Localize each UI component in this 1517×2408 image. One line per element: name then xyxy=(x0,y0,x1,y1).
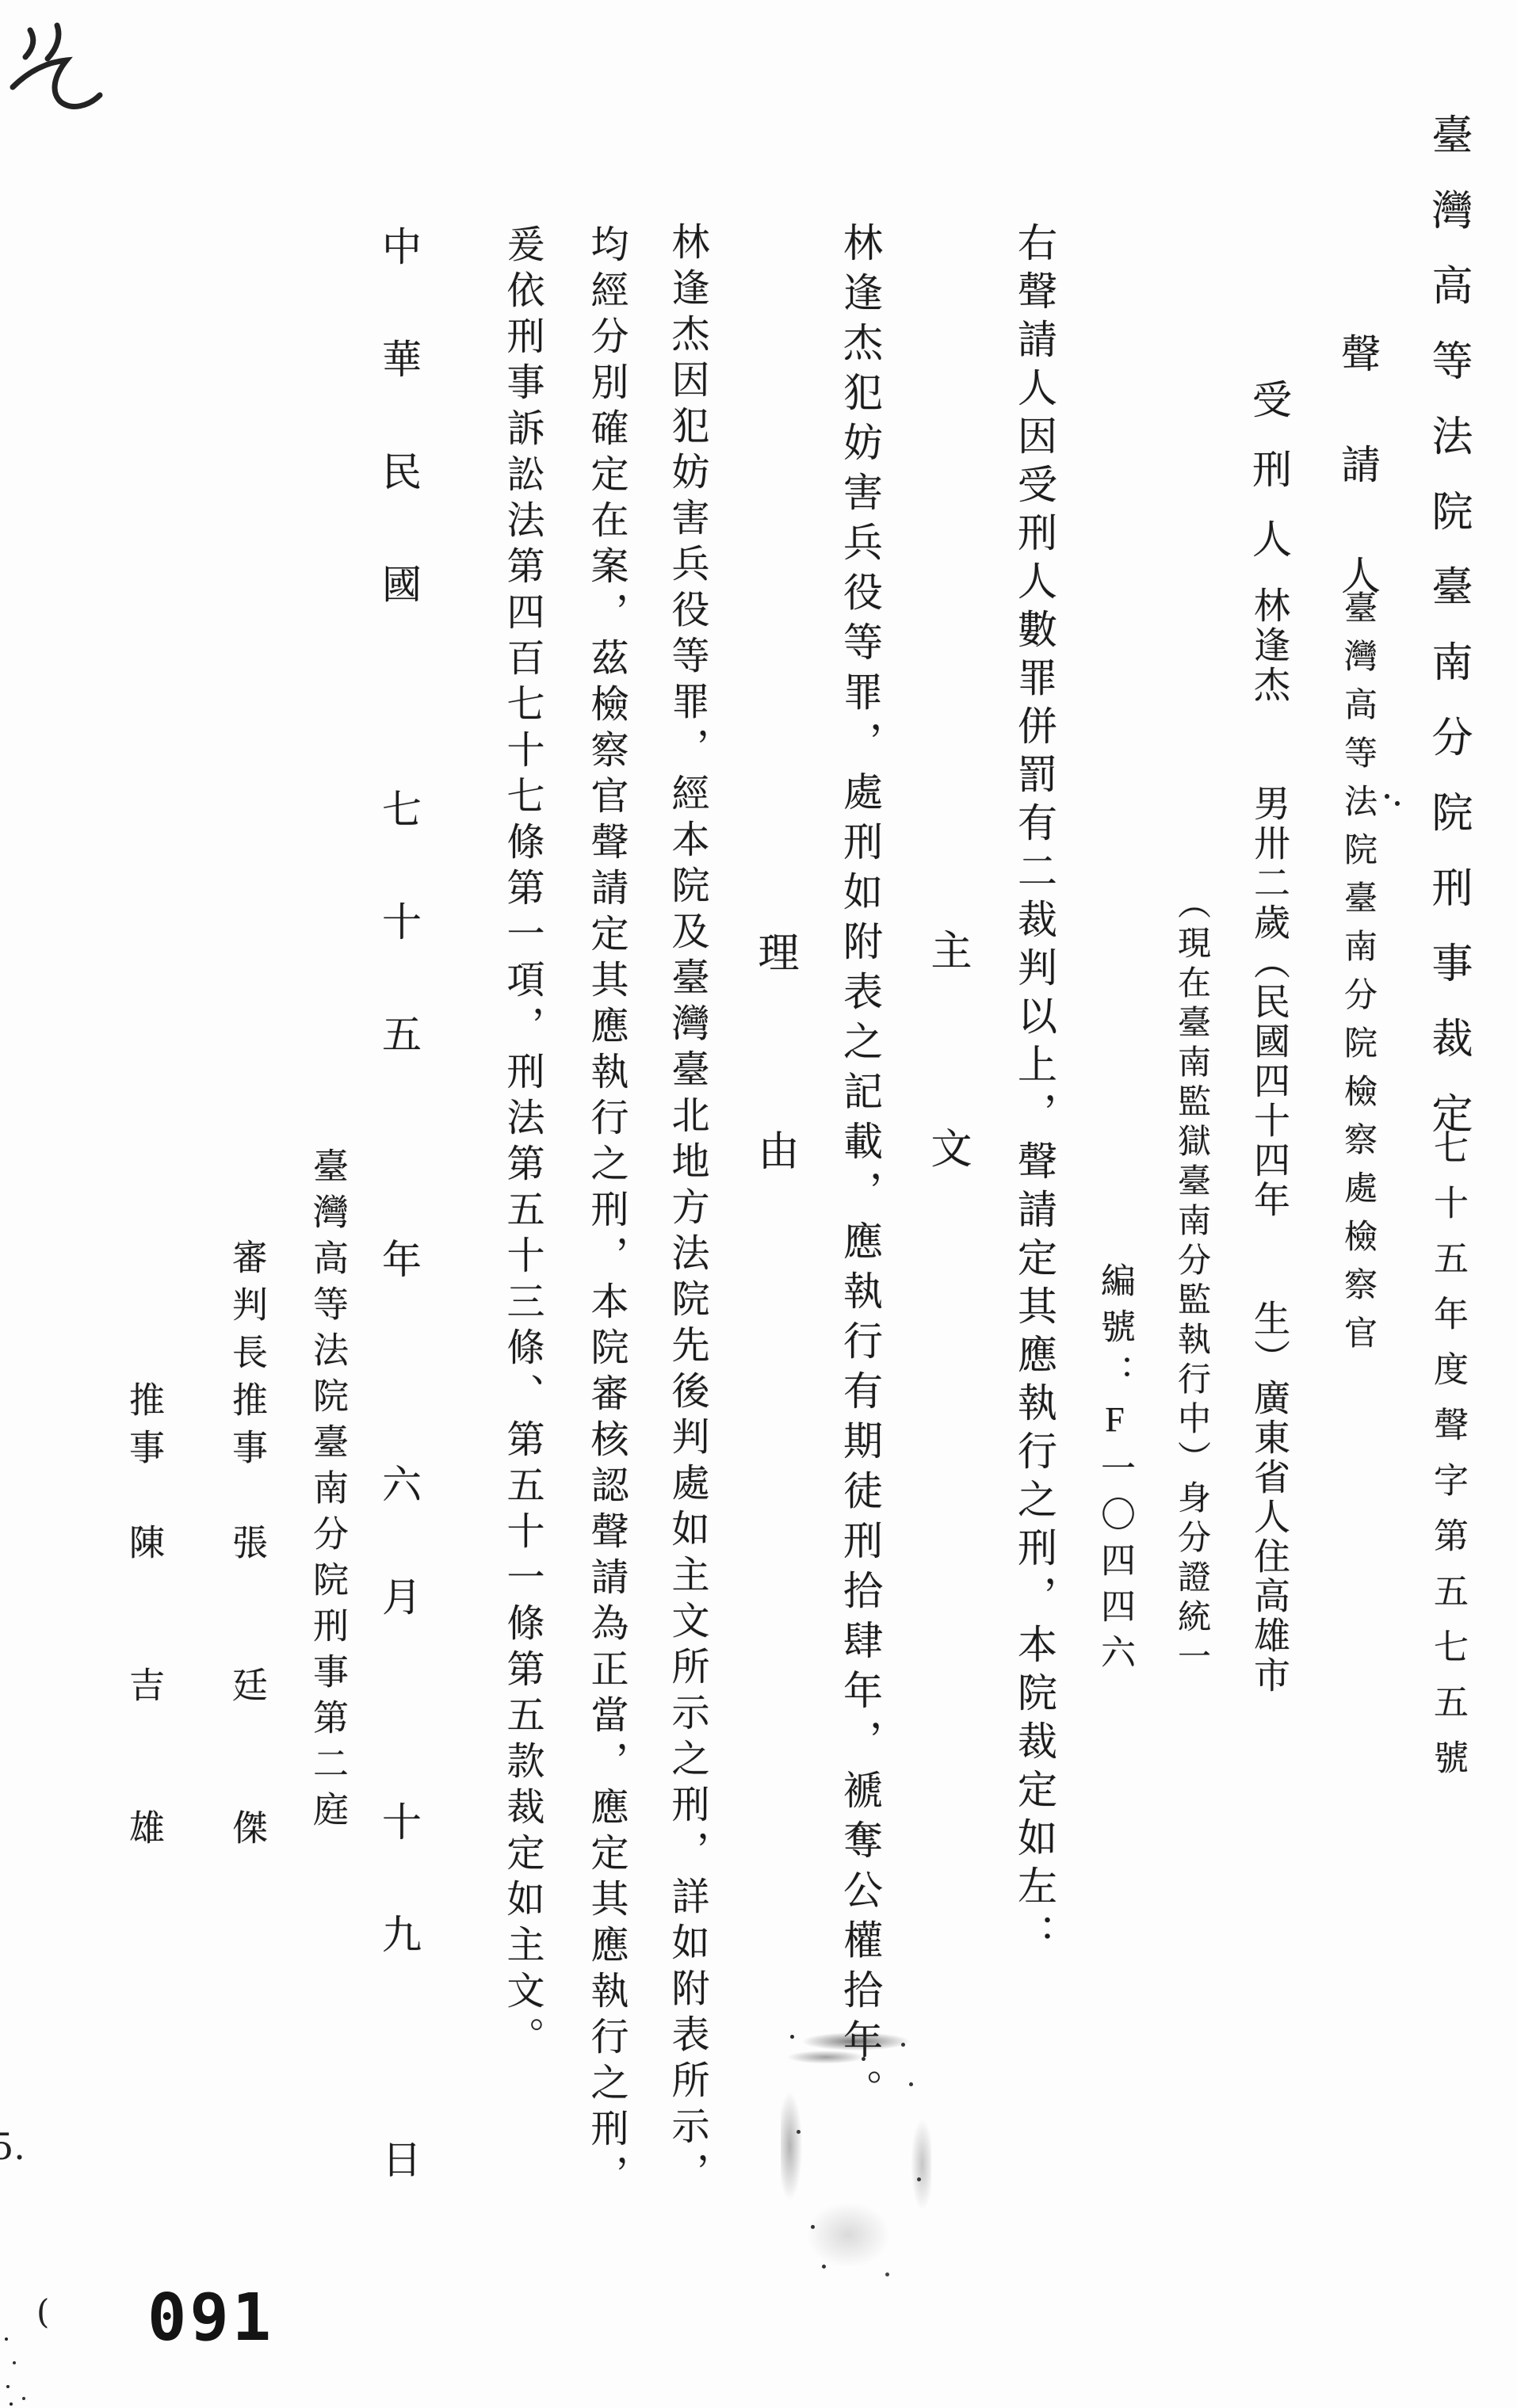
reason-section-heading: 理 由 xyxy=(753,931,794,1228)
applicant-name: 臺灣高等法院臺南分院檢察處檢察官 xyxy=(1341,590,1374,1364)
preamble-text: 右聲請人因受刑人數罪併罰有二裁判以上，聲請定其應執行之刑，本院裁定如左： xyxy=(1015,222,1054,1962)
convict-id-number: 編號：F一〇四四六 xyxy=(1097,1262,1132,1680)
stamp-speckles xyxy=(790,2035,794,2039)
page-number: 091 xyxy=(147,2280,274,2356)
case-number: 七十五年度聲字第五七五號 xyxy=(1430,1129,1465,1795)
ink-dots-mark xyxy=(1385,794,1389,799)
reason-text-line-1: 林逢杰因犯妨害兵役等罪，經本院及臺灣臺北地方法院先後判處如主文所示之刑，詳如附表… xyxy=(667,222,705,2198)
handwritten-scribble xyxy=(6,22,109,133)
presiding-judge-line: 審判長推事 張 廷 傑 xyxy=(228,1238,264,1857)
court-division: 臺灣高等法院臺南分院刑事第二庭 xyxy=(309,1147,345,1837)
reason-text-line-2: 均經分別確定在案，茲檢察官聲請定其應執行之刑，本院審核認聲請為正當，應定其應執行… xyxy=(587,224,625,2200)
date-line: 中華民國 七十五 年 六月 十九 日 xyxy=(379,226,418,2251)
corner-ink-specks xyxy=(5,2337,8,2341)
main-section-text: 林逢杰犯妨害兵役等罪，處刑如附表之記載，應執行有期徒刑拾肆年，褫奪公權拾年。 xyxy=(840,222,880,2119)
judge-line: 推事 陳 吉 雄 xyxy=(125,1381,161,1857)
main-section-heading: 主 文 xyxy=(926,929,967,1226)
court-title: 臺灣高等法院臺南分院刑事裁定 xyxy=(1427,113,1468,1167)
ink-stamp-smudge xyxy=(781,2021,931,2282)
scanned-court-ruling-page: { "colors": { "page_background": "#fdfdf… xyxy=(0,0,1517,2408)
margin-number: 5. xyxy=(0,2125,25,2168)
paren-mark: ( xyxy=(36,2292,49,2331)
convict-details: 林逢杰 男卅二歲（民國四十四年 生）廣東省人住高雄市 xyxy=(1251,586,1287,1696)
convict-status: （現在臺南監獄臺南分監執行中）身分證統一 xyxy=(1175,886,1208,1678)
convict-label: 受刑人 xyxy=(1249,379,1289,588)
reason-text-line-3: 爰依刑事訴訟法第四百七十七條第一項，刑法第五十三條、第五十一條第五款裁定如主文。 xyxy=(502,224,541,2063)
